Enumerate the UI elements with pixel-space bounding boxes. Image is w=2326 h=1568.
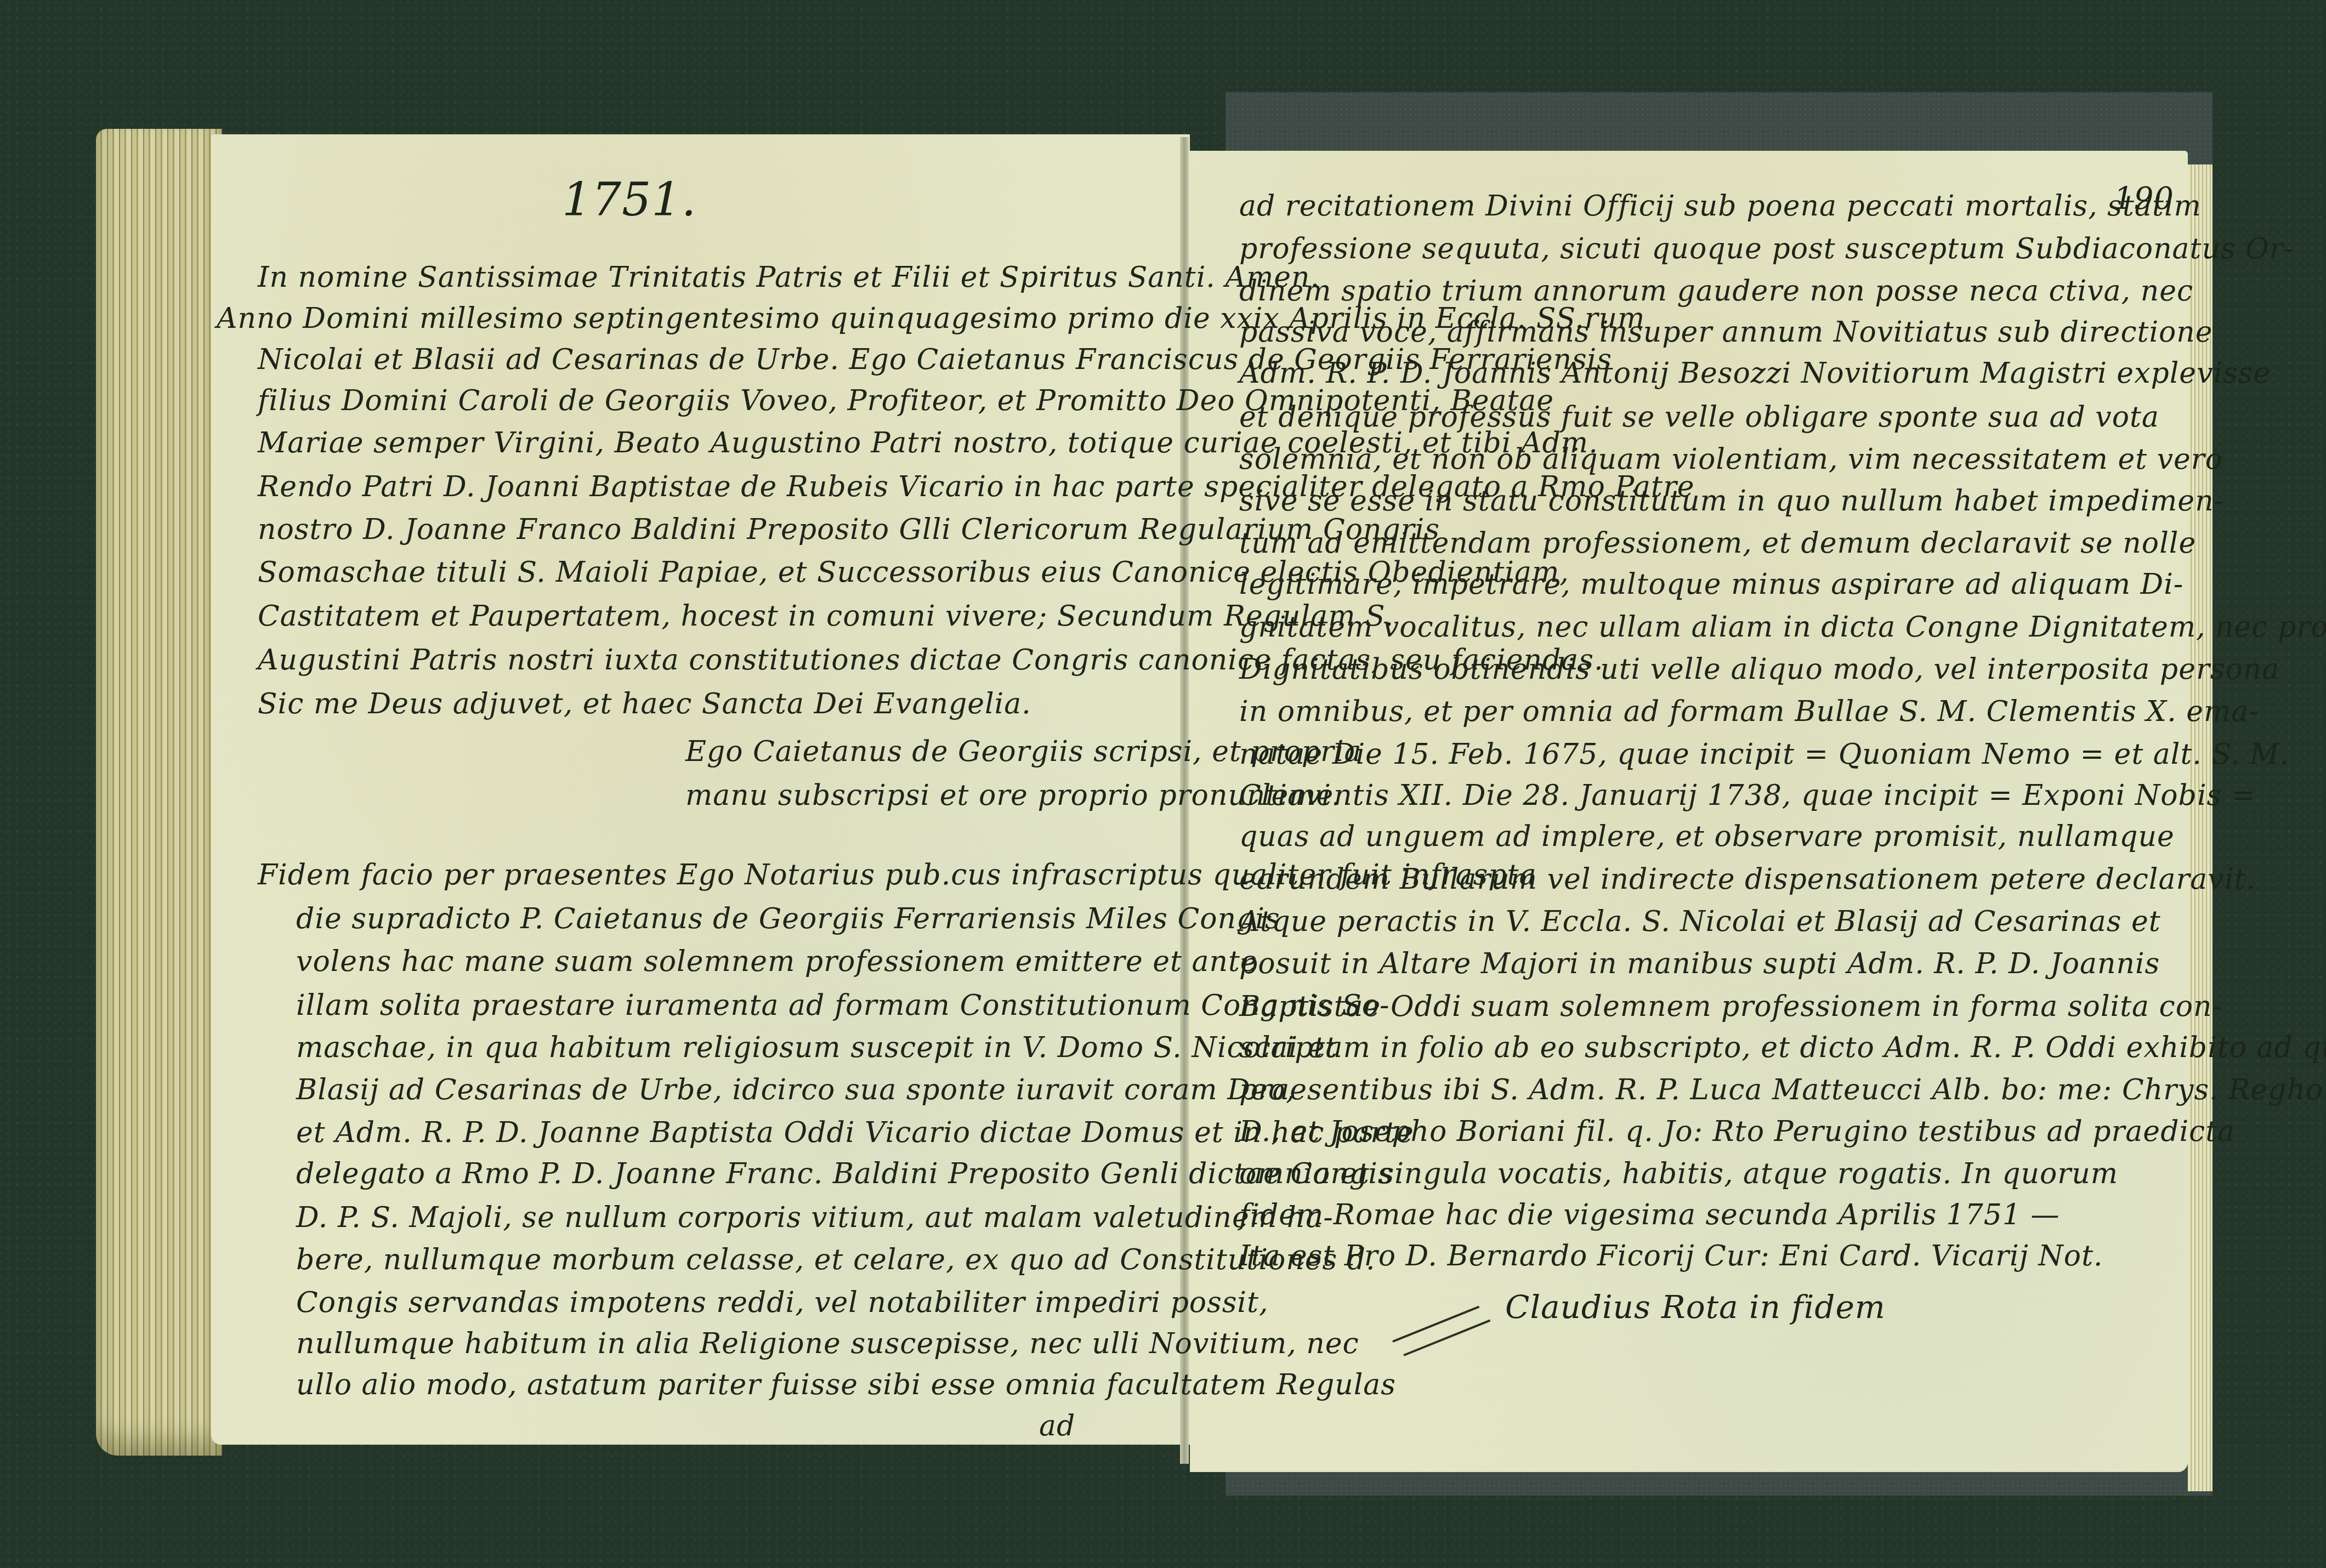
formula-line: Castitatem et Paupertatem, hocest in com… <box>258 602 1394 630</box>
attestation-line: volens hac mane suam solemnem profession… <box>296 947 1258 976</box>
text-line: in omnibus, et per omnia ad formam Bulla… <box>1239 697 2259 726</box>
text-line: natae Die 15. Feb. 1675, quae incipit = … <box>1239 740 2289 769</box>
text-line: earundem Bullarum vel indirecte dispensa… <box>1239 865 2256 894</box>
text-line: Clementis XII. Die 28. Januarij 1738, qu… <box>1239 781 2256 810</box>
attestation-line: Blasij ad Cesarinas de Urbe, idcirco sua… <box>296 1076 1295 1104</box>
text-line: Atque peractis in V. Eccla. S. Nicolai e… <box>1239 907 2161 936</box>
text-line: tum ad emittendam professionem, et demum… <box>1239 529 2196 558</box>
text-line: praesentibus ibi S. Adm. R. P. Luca Matt… <box>1239 1076 2326 1104</box>
text-line: Adm. R. P. D. Joannis Antonij Besozzi No… <box>1239 359 2271 388</box>
text-line: passiva voce, affirmans insuper annum No… <box>1239 318 2213 346</box>
text-line: gnitatem vocalitus, nec ullam aliam in d… <box>1239 613 2326 641</box>
text-line: omnia et singula vocatis, habitis, atque… <box>1239 1160 2118 1188</box>
attestation-line: nullumque habitum in alia Religione susc… <box>296 1330 1359 1358</box>
formula-line: Sic me Deus adjuvet, et haec Sancta Dei … <box>258 690 1031 718</box>
year-heading: 1751. <box>562 173 696 226</box>
attestation-line: die supradicto P. Caietanus de Georgiis … <box>296 905 1280 933</box>
attestation-line: illam solita praestare iuramenta ad form… <box>296 991 1390 1020</box>
attestation-line: delegato a Rmo P. D. Joanne Franc. Baldi… <box>296 1160 1393 1188</box>
text-line: Ita est Pro D. Bernardo Ficorij Cur: Eni… <box>1239 1242 2103 1270</box>
text-line: professione sequuta, sicuti quoque post … <box>1239 235 2294 263</box>
attestation-line: maschae, in qua habitum religiosum susce… <box>296 1033 1337 1062</box>
text-line: legitimare, impetrare, multoque minus as… <box>1239 570 2183 599</box>
attestation-line: bere, nullumque morbum celasse, et celar… <box>296 1246 1375 1274</box>
formula-line: In nomine Santissimae Trinitatis Patris … <box>258 263 1320 292</box>
text-line: ad recitationem Divini Officij sub poena… <box>1239 192 2202 220</box>
text-line: et denique professus fuit se velle oblig… <box>1239 403 2159 431</box>
text-line: Dignitatibus obtinendis uti velle aliquo… <box>1239 655 2279 684</box>
text-line: posuit in Altare Majori in manibus supti… <box>1239 950 2160 978</box>
text-line: Baptistae Oddi suam solemnem professione… <box>1239 992 2222 1021</box>
attestation-line: ullo alio modo, astatum pariter fuisse s… <box>296 1371 1396 1399</box>
text-line: quas ad unguem ad implere, et observare … <box>1239 822 2175 851</box>
text-line: solemnia, et non ob aliquam violentiam, … <box>1239 445 2223 474</box>
notary-signature: Claudius Rota in fidem <box>1505 1291 1886 1323</box>
text-line: D., et Josepho Boriani fil. q. Jo: Rto P… <box>1239 1117 2235 1146</box>
attestation-line: Congis servandas impotens reddi, vel not… <box>296 1288 1268 1317</box>
text-line: fidem Romae hac die vigesima secunda Apr… <box>1239 1201 2060 1229</box>
text-line: sive se esse in statu constitutum in quo… <box>1239 487 2224 515</box>
text-line: scriptam in folio ab eo subscripto, et d… <box>1239 1033 2326 1062</box>
left-page-block-edges <box>96 129 222 1456</box>
attestation-line: D. P. S. Majoli, se nullum corporis viti… <box>296 1203 1334 1232</box>
text-line: dinem spatio trium annorum gaudere non p… <box>1239 277 2193 305</box>
catchword: ad <box>1039 1412 1075 1440</box>
